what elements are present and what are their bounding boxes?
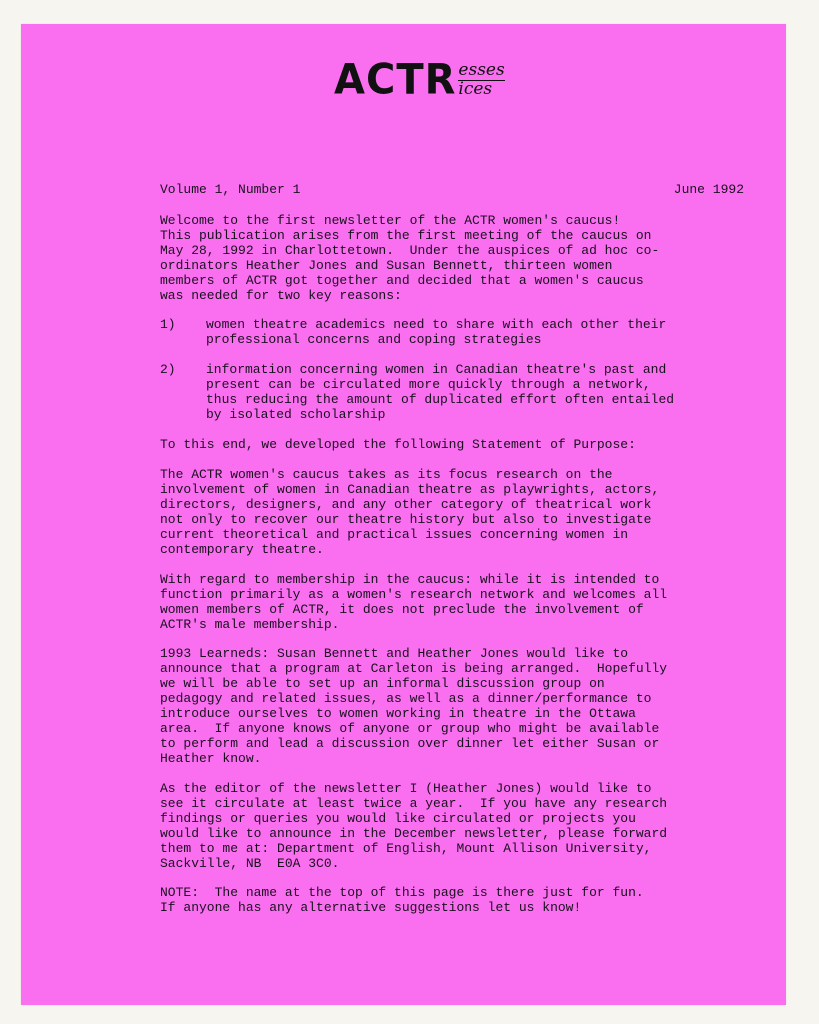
note-paragraph: NOTE: The name at the top of this page i… (160, 885, 644, 915)
masthead-logo: ACTR esses ices (334, 57, 505, 103)
issue-line: Volume 1, Number 1 June 1992 (160, 182, 744, 197)
learneds-paragraph: 1993 Learneds: Susan Bennett and Heather… (160, 646, 667, 766)
reason-text: women theatre academics need to share wi… (206, 317, 666, 347)
reason-text: information concerning women in Canadian… (206, 362, 674, 422)
masthead-main: ACTR (334, 59, 456, 101)
volume-number: Volume 1, Number 1 (160, 182, 300, 197)
statement-of-purpose: The ACTR women's caucus takes as its foc… (160, 467, 659, 557)
membership-paragraph: With regard to membership in the caucus:… (160, 572, 667, 632)
masthead-suffix: esses ices (458, 62, 504, 98)
reason-number: 2) (160, 362, 206, 422)
editor-paragraph: As the editor of the newsletter I (Heath… (160, 781, 667, 871)
reason-item-2: 2) information concerning women in Canad… (160, 362, 674, 422)
reason-item-1: 1) women theatre academics need to share… (160, 317, 666, 347)
welcome-paragraph: Welcome to the first newsletter of the A… (160, 213, 659, 303)
masthead-suffix-bottom: ices (458, 81, 504, 98)
purpose-intro: To this end, we developed the following … (160, 437, 636, 452)
reason-number: 1) (160, 317, 206, 347)
issue-date: June 1992 (674, 182, 744, 197)
